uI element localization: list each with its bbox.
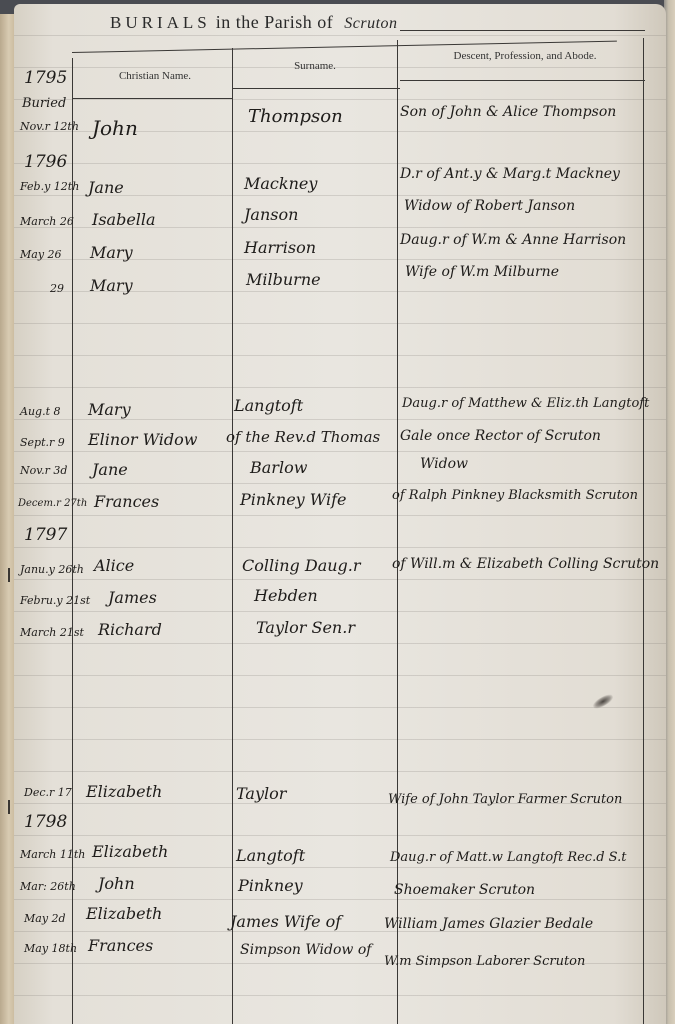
burial-date: Aug.t 8 bbox=[20, 405, 60, 418]
header-bottom-rule-3 bbox=[400, 80, 645, 81]
burial-date: March 26 bbox=[20, 215, 74, 228]
burial-date: 29 bbox=[50, 282, 64, 295]
surname: of the Rev.d Thomas bbox=[226, 428, 380, 446]
margin-mark bbox=[8, 568, 10, 582]
column-divider-2 bbox=[232, 48, 233, 1024]
burial-date: May 2d bbox=[24, 912, 66, 925]
burial-date: May 18th bbox=[24, 942, 77, 955]
page-title: BURIALS in the Parish of Scruton bbox=[110, 12, 398, 33]
descent-abode: Widow bbox=[420, 456, 468, 472]
christian-name: Jane bbox=[88, 178, 124, 197]
christian-name: Mary bbox=[90, 243, 133, 262]
burial-date: Nov.r 3d bbox=[20, 464, 67, 477]
descent-abode: Daug.r of W.m & Anne Harrison bbox=[400, 232, 626, 248]
surname: Simpson Widow of bbox=[240, 942, 371, 958]
burial-date: Sept.r 9 bbox=[20, 436, 65, 449]
burial-date: Janu.y 26th bbox=[20, 563, 84, 576]
burial-date: Dec.r 17 bbox=[24, 786, 72, 799]
descent-abode: Gale once Rector of Scruton bbox=[400, 428, 601, 444]
descent-abode: Daug.r of Matt.w Langtoft Rec.d S.t bbox=[390, 850, 626, 865]
burial-date: Nov.r 12th bbox=[20, 120, 79, 133]
column-header-descent: Descent, Profession, and Abode. bbox=[405, 50, 645, 62]
descent-abode: Widow of Robert Janson bbox=[404, 198, 575, 214]
margin-year-1798: 1798 bbox=[24, 812, 67, 832]
surname: Mackney bbox=[244, 174, 317, 193]
christian-name: Mary bbox=[90, 276, 133, 295]
surname: Colling Daug.r bbox=[242, 556, 361, 575]
margin-buried-label: Buried bbox=[22, 96, 66, 111]
burial-date: Decem.r 27th bbox=[18, 498, 87, 509]
burial-date: March 11th bbox=[20, 848, 85, 861]
christian-name: Elizabeth bbox=[92, 842, 168, 861]
christian-name: Elizabeth bbox=[86, 782, 162, 801]
christian-name: Richard bbox=[98, 620, 162, 639]
descent-abode: of Will.m & Elizabeth Colling Scruton bbox=[392, 556, 659, 572]
christian-name: Mary bbox=[88, 400, 131, 419]
descent-abode: William James Glazier Bedale bbox=[384, 916, 593, 932]
burial-date: Febru.y 21st bbox=[20, 594, 90, 607]
surname: Hebden bbox=[254, 586, 318, 605]
margin-year-1795: 1795 bbox=[24, 68, 67, 88]
header-bottom-rule-2 bbox=[232, 88, 400, 89]
register-page bbox=[14, 4, 666, 1024]
christian-name: Elizabeth bbox=[86, 904, 162, 923]
descent-abode: Wife of John Taylor Farmer Scruton bbox=[388, 792, 622, 807]
christian-name: Alice bbox=[94, 556, 134, 575]
surname: Harrison bbox=[244, 238, 316, 257]
surname: Langtoft bbox=[234, 396, 303, 415]
column-divider-3 bbox=[397, 40, 398, 1024]
surname: Barlow bbox=[250, 458, 307, 477]
christian-name: John bbox=[98, 874, 135, 893]
surname: Pinkney bbox=[238, 876, 303, 895]
margin-year-1796: 1796 bbox=[24, 152, 67, 172]
christian-name: Frances bbox=[94, 492, 159, 511]
christian-name: Elinor Widow bbox=[88, 430, 197, 449]
surname: Janson bbox=[244, 205, 298, 224]
surname: Milburne bbox=[246, 270, 321, 289]
surname: James Wife of bbox=[230, 912, 341, 931]
surname: Pinkney Wife bbox=[240, 490, 346, 509]
descent-abode: Son of John & Alice Thompson bbox=[400, 104, 616, 120]
header-bottom-rule bbox=[72, 98, 232, 99]
burial-date: May 26 bbox=[20, 248, 62, 261]
column-header-christian-name: Christian Name. bbox=[80, 70, 230, 82]
descent-abode: W.m Simpson Laborer Scruton bbox=[384, 954, 585, 969]
burial-date: March 21st bbox=[20, 626, 84, 639]
descent-abode: Wife of W.m Milburne bbox=[405, 264, 559, 280]
parish-name: Scruton bbox=[344, 15, 397, 32]
title-rest: in the Parish of bbox=[216, 12, 334, 32]
descent-abode: Shoemaker Scruton bbox=[394, 882, 535, 898]
surname: Taylor Sen.r bbox=[256, 618, 355, 637]
christian-name: Jane bbox=[92, 460, 128, 479]
surname: Thompson bbox=[248, 106, 343, 127]
column-header-surname: Surname. bbox=[240, 60, 390, 72]
margin-mark bbox=[8, 800, 10, 814]
descent-abode: D.r of Ant.y & Marg.t Mackney bbox=[400, 166, 620, 182]
christian-name: James bbox=[108, 588, 157, 607]
margin-year-1797: 1797 bbox=[24, 525, 67, 545]
descent-abode: of Ralph Pinkney Blacksmith Scruton bbox=[392, 488, 638, 503]
christian-name: Frances bbox=[88, 936, 153, 955]
burial-date: Feb.y 12th bbox=[20, 180, 79, 193]
title-burials: BURIALS bbox=[110, 13, 211, 32]
descent-abode: Daug.r of Matthew & Eliz.th Langtoft bbox=[402, 396, 649, 411]
christian-name: John bbox=[92, 116, 138, 140]
surname: Langtoft bbox=[236, 846, 305, 865]
column-divider-4 bbox=[643, 38, 644, 1024]
header-top-rule-2 bbox=[400, 30, 645, 31]
surname: Taylor bbox=[236, 784, 286, 803]
burial-date: Mar: 26th bbox=[20, 880, 76, 893]
christian-name: Isabella bbox=[92, 210, 156, 229]
